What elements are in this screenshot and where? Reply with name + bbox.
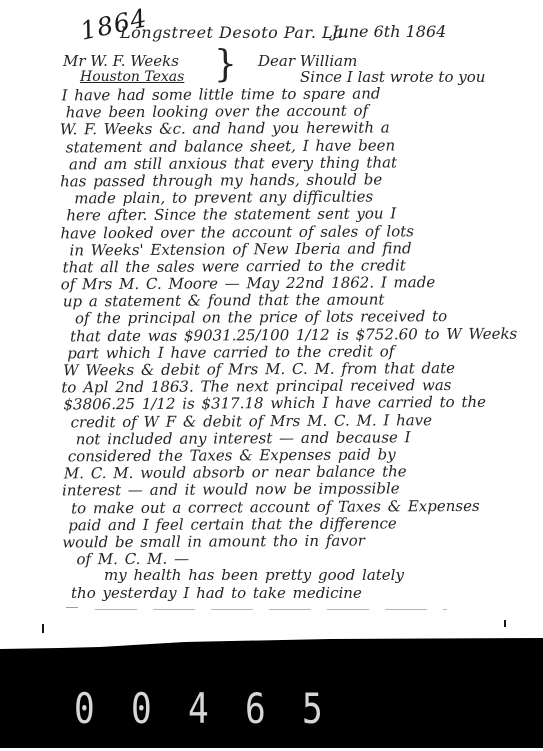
counter-digit: 6 — [245, 688, 292, 730]
scanned-letter-frame: 1864 Longstreet Desoto Par. La. June 6th… — [0, 0, 543, 751]
letter-body: I have had some little time to spare and… — [62, 85, 519, 569]
dateline-date: June 6th 1864 — [332, 22, 446, 41]
counter-digit: 4 — [188, 688, 235, 730]
addressee-place: Houston Texas — [80, 69, 184, 85]
frame-counter: 00465 — [74, 688, 359, 730]
addressee-brace: } — [214, 43, 237, 86]
dateline-place: Longstreet Desoto Par. La. — [120, 23, 349, 42]
registration-tick-left — [42, 624, 44, 633]
counter-digit: 0 — [74, 688, 121, 730]
pencil-line — [95, 609, 447, 610]
counter-digit: 0 — [131, 688, 178, 730]
letter-body-line: $3806.25 1/12 is $317.18 which I have ca… — [63, 394, 517, 414]
letter-page: 1864 Longstreet Desoto Par. La. June 6th… — [0, 0, 543, 751]
film-band: 00465 — [0, 638, 543, 748]
letter-closing-line: my health has been pretty good lately — [104, 566, 404, 584]
addressee-name: Mr W. F. Weeks — [63, 52, 179, 70]
opening-line: Since I last wrote to you — [300, 68, 485, 86]
counter-digit: 5 — [302, 688, 349, 730]
registration-tick-right — [504, 620, 506, 627]
letter-closing-line: tho yesterday I had to take medicine — [71, 584, 404, 602]
pencil-dash — [66, 607, 78, 608]
letter-closing: my health has been pretty good latelytho… — [104, 566, 404, 602]
